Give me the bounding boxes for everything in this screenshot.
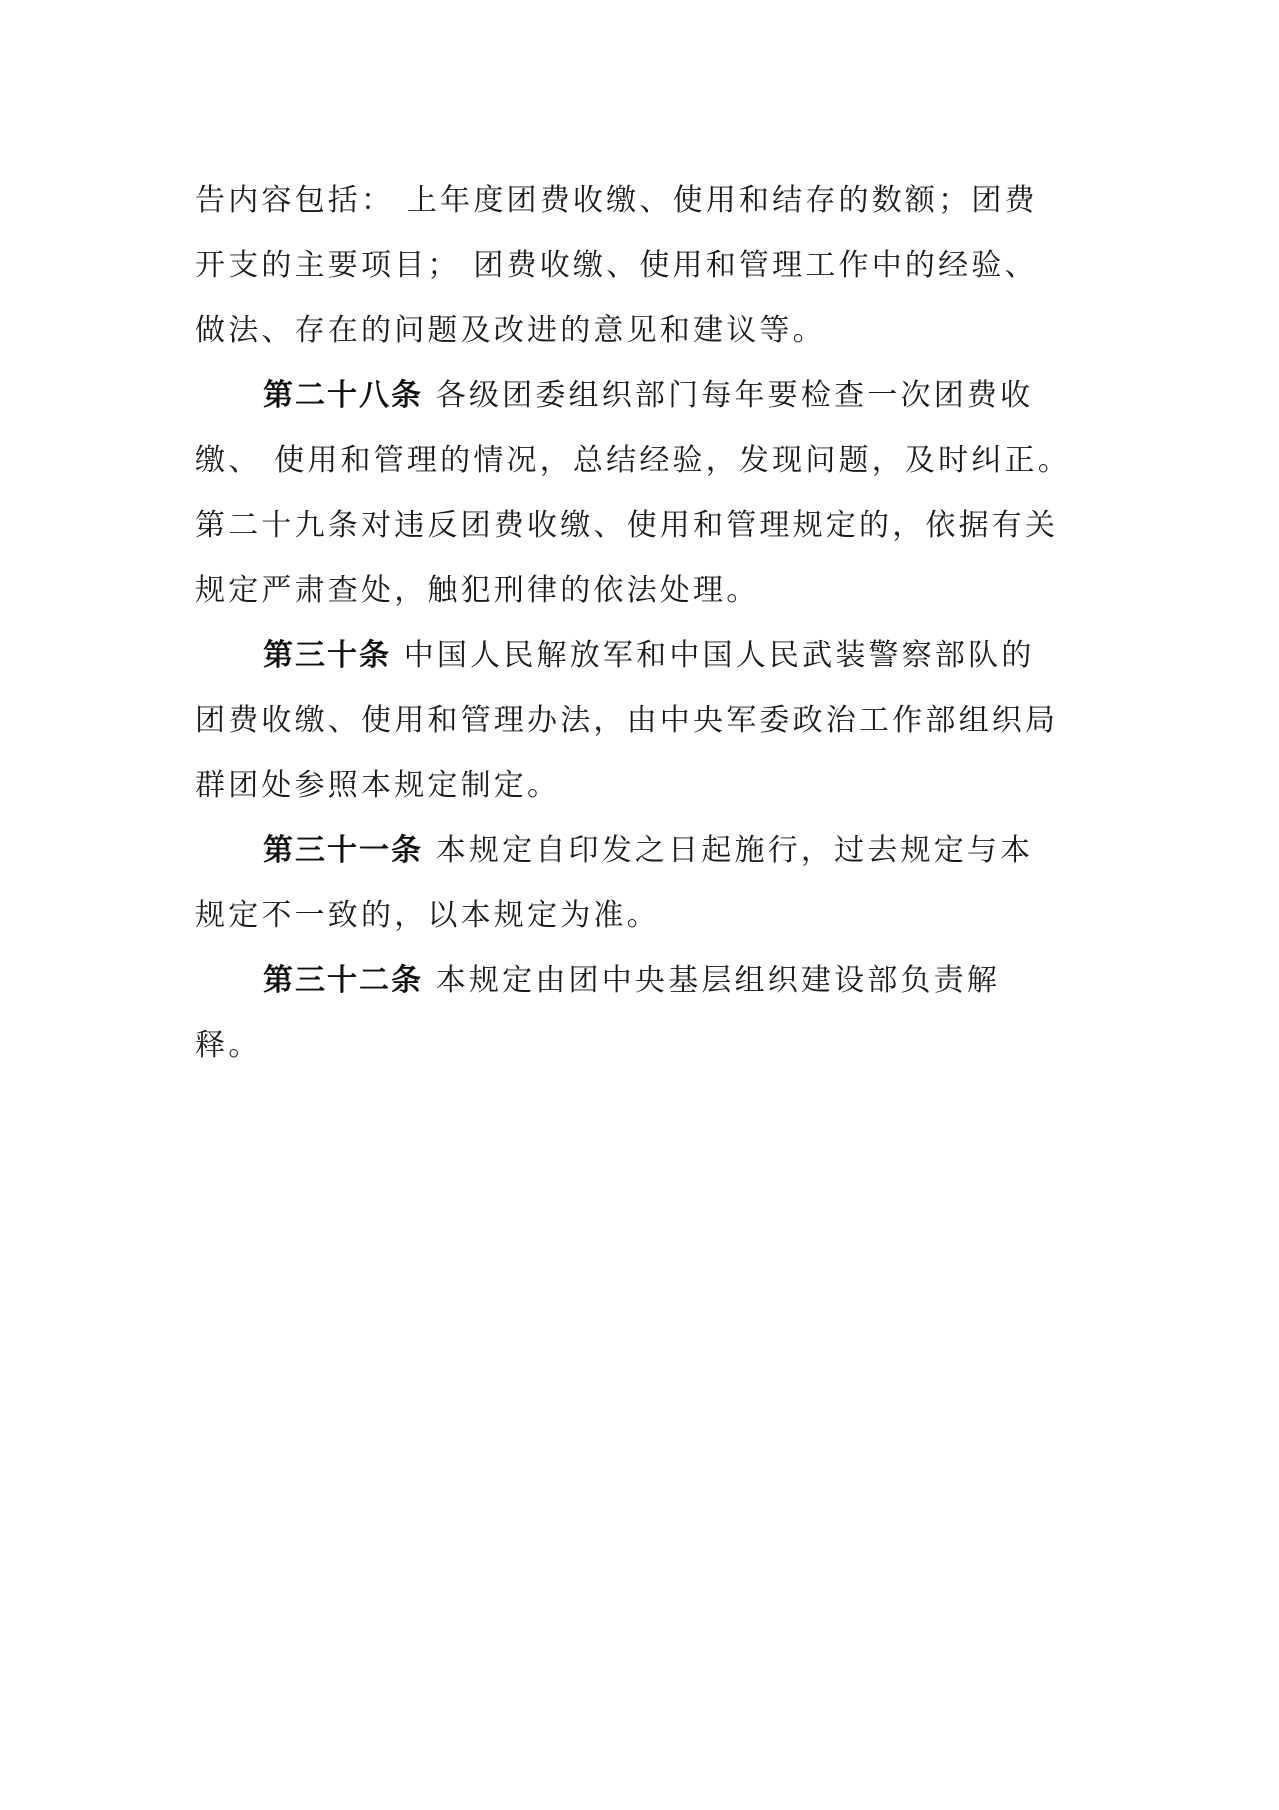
text-fragment: 中国人民解放军和中国人民武装警察部队的 xyxy=(391,638,1035,673)
text-line: 开支的主要项目； 团费收缴、使用和管理工作中的经验、 xyxy=(195,233,1095,298)
document-page: 告内容包括： 上年度团费收缴、使用和结存的数额；团费 开支的主要项目； 团费收缴… xyxy=(0,0,1279,1810)
text-line: 第二十八条 各级团委组织部门每年要检查一次团费收 xyxy=(195,363,1095,428)
text-line: 做法、存在的问题及改进的意见和建议等。 xyxy=(195,298,1095,363)
text-line: 规定严肃查处，触犯刑律的依法处理。 xyxy=(195,558,1095,623)
text-line: 释。 xyxy=(195,1013,1095,1078)
text-line: 第三十条 中国人民解放军和中国人民武装警察部队的 xyxy=(195,623,1095,688)
text-line: 第三十二条 本规定由团中央基层组织建设部负责解 xyxy=(195,948,1095,1013)
article-number: 第二十八条 xyxy=(263,378,423,413)
article-number: 第三十条 xyxy=(263,638,391,673)
document-body: 告内容包括： 上年度团费收缴、使用和结存的数额；团费 开支的主要项目； 团费收缴… xyxy=(195,168,1095,1078)
paragraph-article-28: 第二十八条 各级团委组织部门每年要检查一次团费收 缴、 使用和管理的情况，总结经… xyxy=(195,363,1095,623)
paragraph-report-content: 告内容包括： 上年度团费收缴、使用和结存的数额；团费 开支的主要项目； 团费收缴… xyxy=(195,168,1095,363)
paragraph-article-30: 第三十条 中国人民解放军和中国人民武装警察部队的 团费收缴、使用和管理办法，由中… xyxy=(195,623,1095,818)
text-line: 团费收缴、使用和管理办法，由中央军委政治工作部组织局 xyxy=(195,688,1095,753)
text-line: 缴、 使用和管理的情况，总结经验，发现问题，及时纠正。 xyxy=(195,428,1095,493)
text-line: 告内容包括： 上年度团费收缴、使用和结存的数额；团费 xyxy=(195,168,1095,233)
text-line: 群团处参照本规定制定。 xyxy=(195,753,1095,818)
article-number: 第三十二条 xyxy=(263,963,423,998)
text-line: 第二十九条对违反团费收缴、使用和管理规定的，依据有关 xyxy=(195,493,1095,558)
paragraph-article-32: 第三十二条 本规定由团中央基层组织建设部负责解 释。 xyxy=(195,948,1095,1078)
text-fragment: 本规定自印发之日起施行，过去规定与本 xyxy=(423,833,1033,868)
text-line: 第三十一条 本规定自印发之日起施行，过去规定与本 xyxy=(195,818,1095,883)
text-fragment: 本规定由团中央基层组织建设部负责解 xyxy=(423,963,1000,998)
article-number: 第三十一条 xyxy=(263,833,423,868)
paragraph-article-31: 第三十一条 本规定自印发之日起施行，过去规定与本 规定不一致的，以本规定为准。 xyxy=(195,818,1095,948)
text-line: 规定不一致的，以本规定为准。 xyxy=(195,883,1095,948)
text-fragment: 各级团委组织部门每年要检查一次团费收 xyxy=(423,378,1033,413)
